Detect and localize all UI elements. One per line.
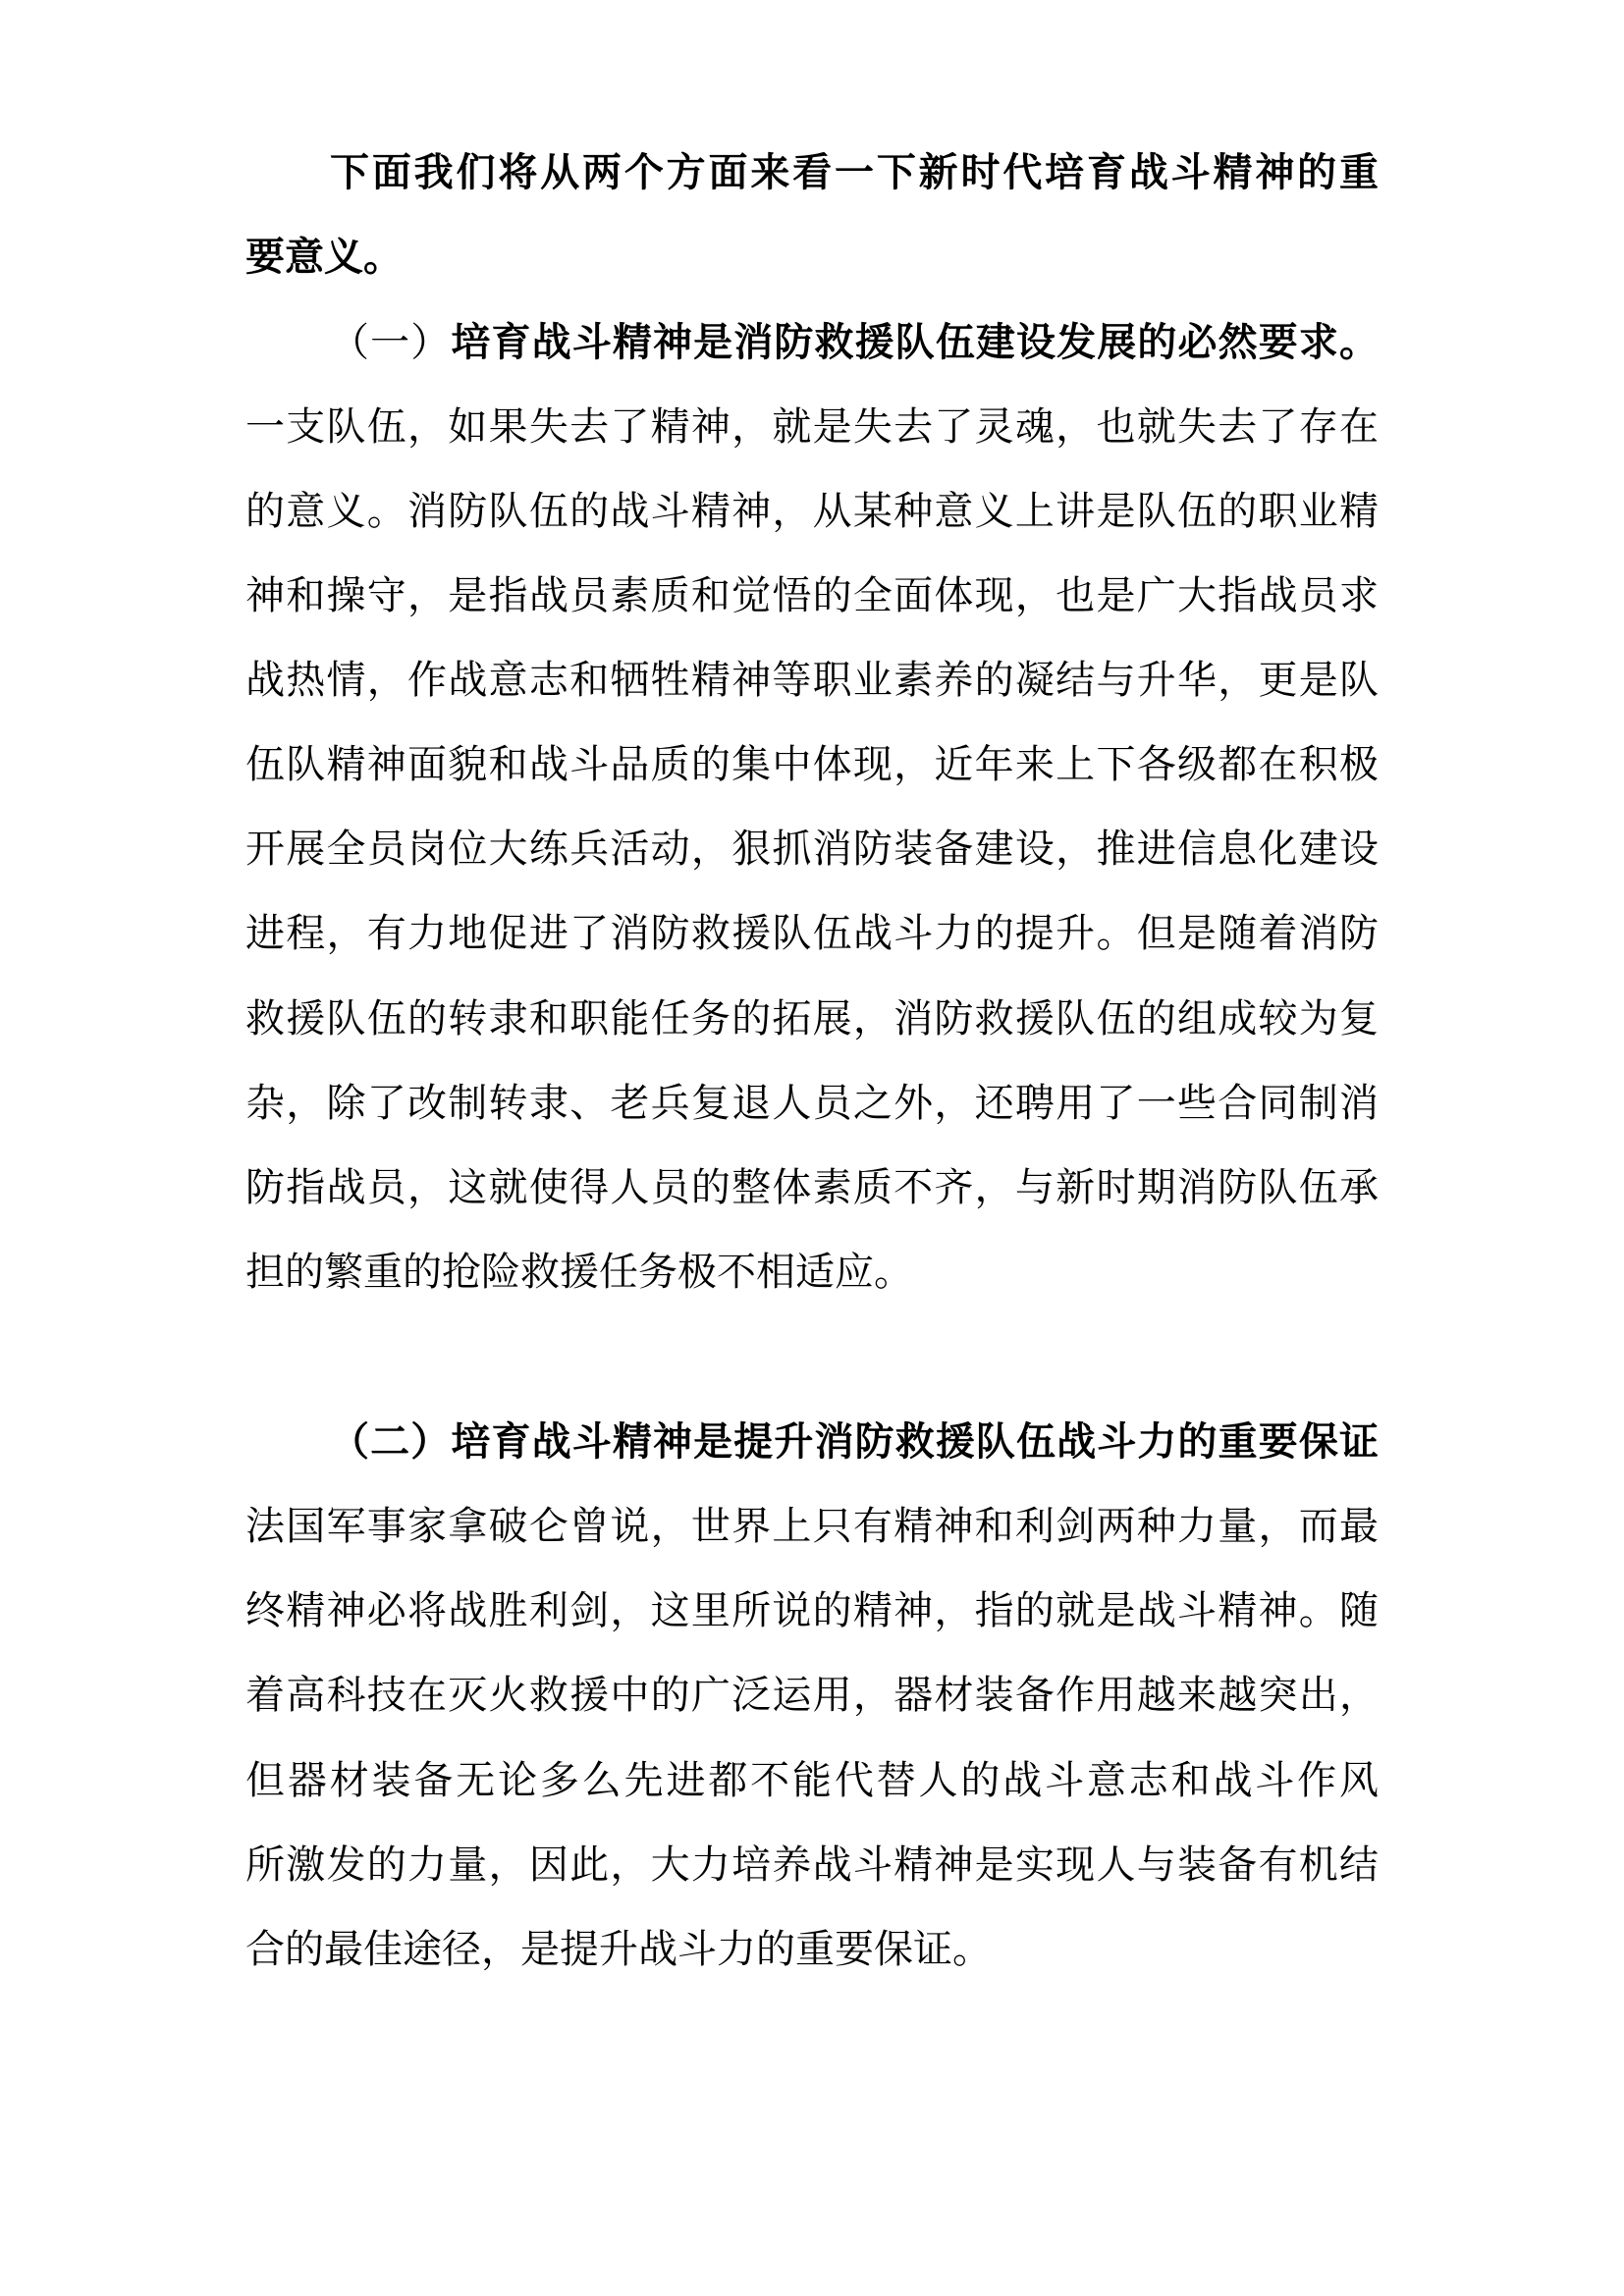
- section1-heading: （一）培育战斗精神是消防救援队伍建设发展的必然要求。: [330, 313, 1379, 372]
- section1-line-10: 防指战员，这就使得人员的整体素质不齐，与新时期消防队伍承: [245, 1158, 1379, 1217]
- section1-line-11: 担的繁重的抢险救援任务极不相适应。: [245, 1243, 1379, 1302]
- section2-line-1: 法国军事家拿破仑曾说，世界上只有精神和利剑两种力量，而最: [245, 1497, 1379, 1556]
- section2-line-6: 合的最佳途径，是提升战斗力的重要保证。: [245, 1920, 1379, 1979]
- section1-line-5: 伍队精神面貌和战斗品质的集中体现，近年来上下各级都在积极: [245, 735, 1379, 794]
- section1-heading-text: 培育战斗精神是消防救援队伍建设发展的必然要求。: [451, 320, 1379, 365]
- section2-number: （二）: [330, 1419, 451, 1465]
- section1-line-2: 的意义。消防队伍的战斗精神，从某种意义上讲是队伍的职业精: [245, 482, 1379, 541]
- section2-line-5: 所激发的力量，因此，大力培养战斗精神是实现人与装备有机结: [245, 1836, 1379, 1895]
- section1-line-7: 进程，有力地促进了消防救援队伍战斗力的提升。但是随着消防: [245, 904, 1379, 963]
- intro-line-2: 要意义。: [245, 228, 1379, 287]
- intro-line-1: 下面我们将从两个方面来看一下新时代培育战斗精神的重: [330, 143, 1379, 202]
- section1-line-8: 救援队伍的转隶和职能任务的拓展，消防救援队伍的组成较为复: [245, 989, 1379, 1048]
- section1-line-3: 神和操守，是指战员素质和觉悟的全面体现，也是广大指战员求: [245, 566, 1379, 625]
- section2-line-2: 终精神必将战胜利剑，这里所说的精神，指的就是战斗精神。随: [245, 1581, 1379, 1640]
- section2-heading: （二）培育战斗精神是提升消防救援队伍战斗力的重要保证: [330, 1413, 1379, 1471]
- section1-line-1: 一支队伍，如果失去了精神，就是失去了灵魂，也就失去了存在: [245, 398, 1379, 456]
- section1-line-6: 开展全员岗位大练兵活动，狠抓消防装备建设，推进信息化建设: [245, 820, 1379, 879]
- section1-number: （一）: [330, 320, 451, 365]
- section1-line-9: 杂，除了改制转隶、老兵复退人员之外，还聘用了一些合同制消: [245, 1074, 1379, 1133]
- section1-line-4: 战热情，作战意志和牺牲精神等职业素养的凝结与升华，更是队: [245, 651, 1379, 710]
- section2-line-3: 着高科技在灭火救援中的广泛运用，器材装备作用越来越突出，: [245, 1666, 1379, 1725]
- section2-line-4: 但器材装备无论多么先进都不能代替人的战斗意志和战斗作风: [245, 1751, 1379, 1810]
- section2-heading-text: 培育战斗精神是提升消防救援队伍战斗力的重要保证: [451, 1419, 1379, 1465]
